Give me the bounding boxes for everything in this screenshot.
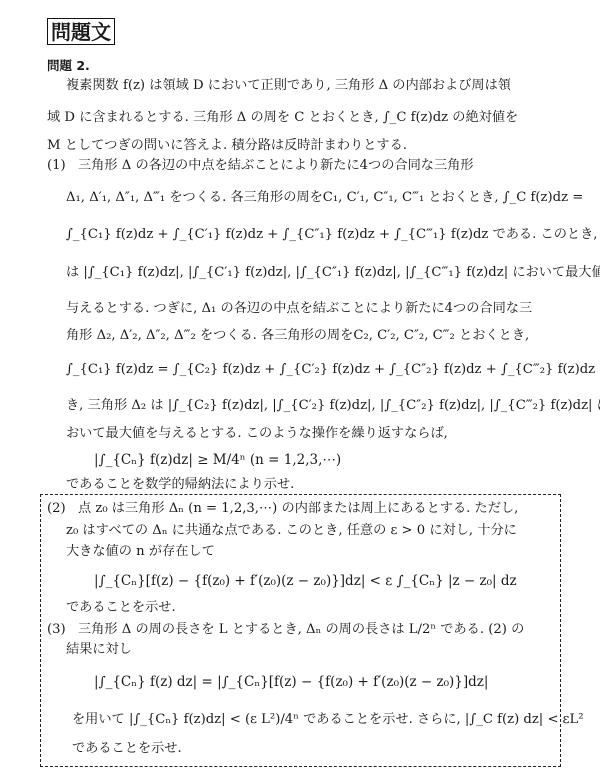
intro-line-1: 複素関数 f(z) は領域 D において正則であり, 三角形 Δ の内部および周… xyxy=(66,77,511,95)
part2-equation: |∫_{Cₙ}[f(z) − {f(z₀) + f′(z₀)(z − z₀)}]… xyxy=(94,572,517,590)
part3-equation: |∫_{Cₙ} f(z) dz| = |∫_{Cₙ}[f(z) − {f(z₀)… xyxy=(94,673,488,691)
section-title: 問題文 xyxy=(47,18,115,45)
part1-equation: |∫_{Cₙ} f(z)dz| ≥ M/4ⁿ (n = 1,2,3,⋯) xyxy=(94,451,341,469)
part2-line-2: z₀ はすべての Δₙ に共通な点である. このとき, 任意の ε > 0 に対… xyxy=(66,522,517,540)
part1-line-9: おいて最大値を与えるとする. このような操作を繰り返すならば, xyxy=(66,425,448,443)
part3-line-1: 三角形 Δ の周の長さを L とするとき, Δₙ の周の長さは L/2ⁿ である… xyxy=(78,621,524,639)
part2-line-3: 大きな値の n が存在して xyxy=(66,543,215,561)
part1-line-4: は |∫_{C₁} f(z)dz|, |∫_{C′₁} f(z)dz|, |∫_… xyxy=(66,264,600,282)
part2-line-1: 点 z₀ は三角形 Δₙ (n = 1,2,3,⋯) の内部または周上にあるとす… xyxy=(78,500,518,518)
part2-label: (2) xyxy=(47,500,66,518)
part3-closing: であることを示せ. xyxy=(72,740,182,758)
part1-line-2: Δ₁, Δ′₁, Δ″₁, Δ‴₁ をつくる. 各三角形の周をC₁, C′₁, … xyxy=(66,189,583,207)
part1-line-8: き, 三角形 Δ₂ は |∫_{C₂} f(z)dz|, |∫_{C′₂} f(… xyxy=(66,397,600,415)
part1-label: (1) xyxy=(47,157,66,175)
part1-closing: であることを数学的帰納法により示せ. xyxy=(66,476,294,494)
problem-label: 問題 2. xyxy=(47,56,90,74)
part2-closing: であることを示せ. xyxy=(66,599,176,617)
intro-line-3: M としてつぎの問いに答えよ. 積分路は反時計まわりとする. xyxy=(47,137,407,155)
part1-line-7: ∫_{C₁} f(z)dz = ∫_{C₂} f(z)dz + ∫_{C′₂} … xyxy=(66,361,600,379)
part1-line-1: 三角形 Δ の各辺の中点を結ぶことにより新たに4つの合同な三角形 xyxy=(78,157,474,175)
part3-line-2: 結果に対し xyxy=(66,641,132,659)
part3-label: (3) xyxy=(47,621,66,639)
intro-line-2: 域 D に含まれるとする. 三角形 Δ の周を C とおくとき, ∫_C f(z… xyxy=(47,109,518,127)
part3-line-after: を用いて |∫_{Cₙ} f(z)dz| < (ε L²)/4ⁿ であることを示… xyxy=(72,711,584,729)
part1-line-3: ∫_{C₁} f(z)dz + ∫_{C′₁} f(z)dz + ∫_{C″₁}… xyxy=(66,226,600,244)
part1-line-5: 与えるとする. つぎに, Δ₁ の各辺の中点を結ぶことにより新たに4つの合同な三 xyxy=(66,300,532,318)
part1-line-6: 角形 Δ₂, Δ′₂, Δ″₂, Δ‴₂ をつくる. 各三角形の周をC₂, C′… xyxy=(66,327,529,345)
